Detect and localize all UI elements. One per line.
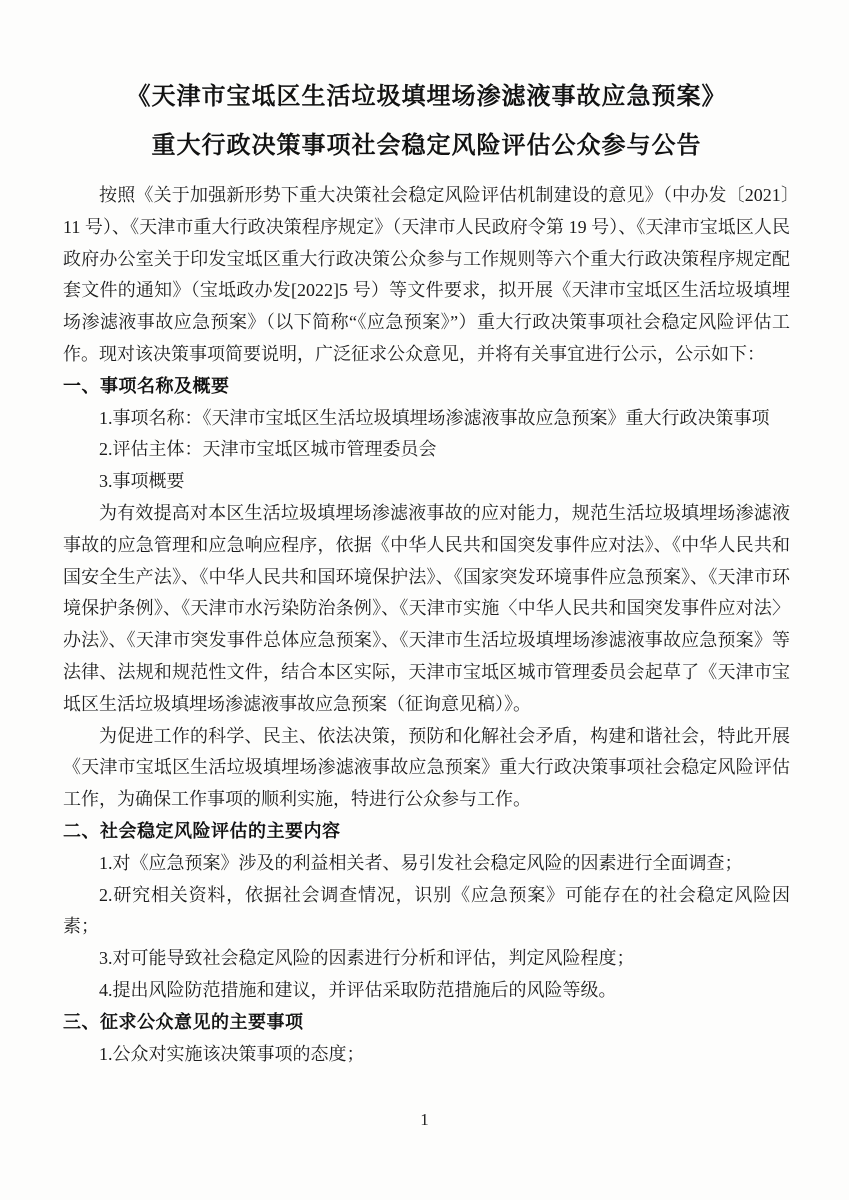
section-2-item-3: 3.对可能导致社会稳定风险的因素进行分析和评估，判定风险程度； — [63, 943, 790, 975]
section-3-item-1: 1.公众对实施该决策事项的态度； — [63, 1039, 790, 1071]
section-2-item-4: 4.提出风险防范措施和建议，并评估采取防范措施后的风险等级。 — [63, 975, 790, 1007]
document-content: 《天津市宝坻区生活垃圾填埋场渗滤液事故应急预案》 重大行政决策事项社会稳定风险评… — [63, 72, 790, 1070]
doc-title-line-2: 重大行政决策事项社会稳定风险评估公众参与公告 — [63, 121, 790, 170]
page-number: 1 — [0, 1110, 849, 1130]
section-3-heading: 三、征求公众意见的主要事项 — [63, 1007, 790, 1039]
section-1-heading: 一、事项名称及概要 — [63, 371, 790, 403]
section-2-item-1: 1.对《应急预案》涉及的利益相关者、易引发社会稳定风险的因素进行全面调查； — [63, 848, 790, 880]
document-page: 《天津市宝坻区生活垃圾填埋场渗滤液事故应急预案》 重大行政决策事项社会稳定风险评… — [0, 0, 849, 1200]
section-1-paragraph-1: 为有效提高对本区生活垃圾填埋场渗滤液事故的应对能力，规范生活垃圾填埋场渗滤液事故… — [63, 498, 790, 721]
document-body: 按照《关于加强新形势下重大决策社会稳定风险评估机制建设的意见》（中办发〔2021… — [63, 180, 790, 1070]
section-1-item-1: 1.事项名称：《天津市宝坻区生活垃圾填埋场渗滤液事故应急预案》重大行政决策事项 — [63, 403, 790, 435]
section-2-item-2: 2.研究相关资料，依据社会调查情况，识别《应急预案》可能存在的社会稳定风险因素； — [63, 880, 790, 944]
section-1-item-3: 3.事项概要 — [63, 466, 790, 498]
document-title: 《天津市宝坻区生活垃圾填埋场渗滤液事故应急预案》 重大行政决策事项社会稳定风险评… — [63, 72, 790, 170]
section-1-item-2: 2.评估主体：天津市宝坻区城市管理委员会 — [63, 434, 790, 466]
doc-title-line-1: 《天津市宝坻区生活垃圾填埋场渗滤液事故应急预案》 — [63, 72, 790, 121]
section-2-heading: 二、社会稳定风险评估的主要内容 — [63, 816, 790, 848]
section-1-paragraph-2: 为促进工作的科学、民主、依法决策，预防和化解社会矛盾，构建和谐社会，特此开展《天… — [63, 721, 790, 816]
intro-paragraph: 按照《关于加强新形势下重大决策社会稳定风险评估机制建设的意见》（中办发〔2021… — [63, 180, 790, 371]
